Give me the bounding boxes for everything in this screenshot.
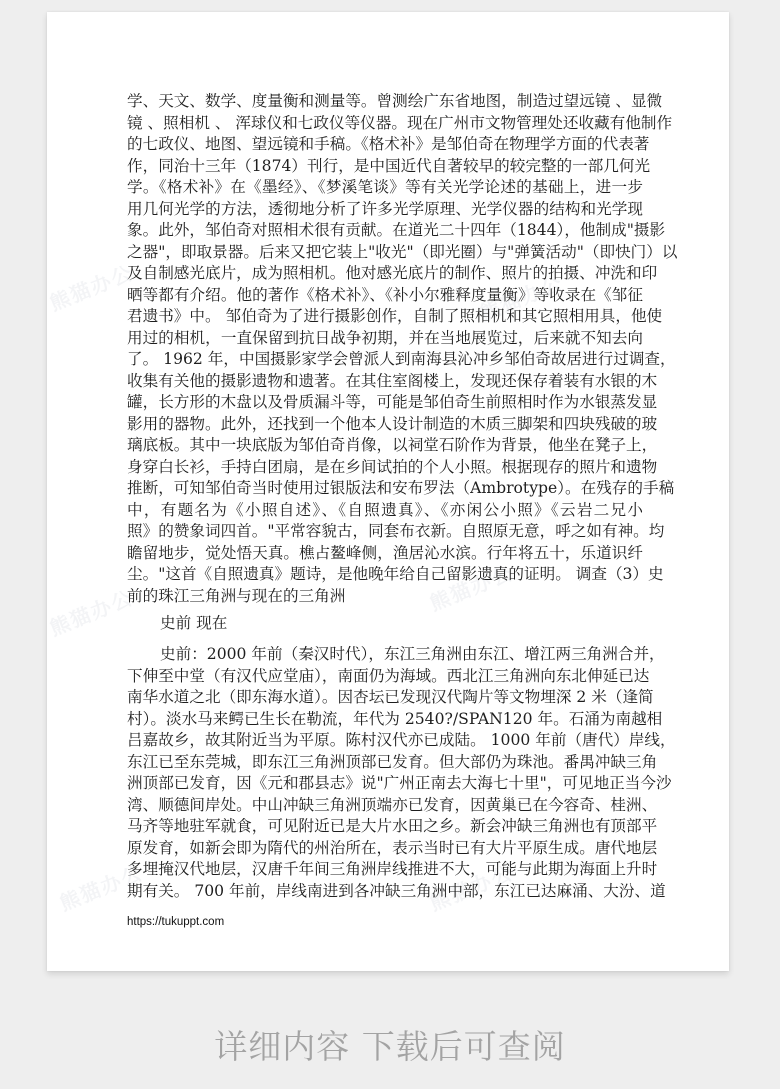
paragraph-zou-boqi: 学、天文、数学、度量衡和测量等。曾测绘广东省地图，制造过望远镜 、显微 镜 、照… [127, 91, 643, 607]
text-line: 镜 、照相机 、 浑球仪和七政仪等仪器。现在广州市文物管理处还收藏有他制作 [127, 113, 643, 135]
watermark: 熊猫办公 [47, 257, 137, 317]
text-line: 作，同治十三年（1874）刊行，是中国近代自著较早的较完整的一部几何光 [127, 156, 643, 178]
text-line: 原发育，如新会即为隋代的州治所在，表示当时已有大片平原生成。唐代地层 [127, 838, 643, 860]
text-line: 学、天文、数学、度量衡和测量等。曾测绘广东省地图，制造过望远镜 、显微 [127, 91, 643, 113]
text-line: 影用的器物。此外，还找到一个他本人设计制造的木质三脚架和四块残破的玻 [127, 414, 643, 436]
text-line: 罐，长方形的木盘以及骨质漏斗等，可能是邹伯奇生前照相时作为水银蒸发显 [127, 392, 643, 414]
text-line: 中，有题名为《小照自述》、《自照遗真》、《亦闲公小照》《云岩二兄小 [127, 500, 643, 522]
text-line: 洲顶部已发育，因《元和郡县志》说"广州正南去大海七十里"，可见地正当今沙 [127, 773, 643, 795]
text-line: 前的珠江三角洲与现在的三角洲 [127, 586, 643, 608]
text-line: 用过的相机，一直保留到抗日战争初期，并在当地展览过，后来就不知去向 [127, 328, 643, 350]
text-line: 史前：2000 年前（秦汉时代），东江三角洲由东江、增江两三角洲合并， [127, 644, 643, 666]
text-line: 了。 1962 年，中国摄影家学会曾派人到南海县沁冲乡邹伯奇故居进行过调查， [127, 349, 643, 371]
footer-url: https://tukuppt.com [127, 916, 224, 928]
text-line: 村）。淡水马来鳄已生长在勒流，年代为 2540?/SPAN120 年。石涌为南越… [127, 709, 643, 731]
text-line: 马齐等地驻军就食，可见附近已是大片水田之乡。新会冲缺三角洲也有顶部平 [127, 816, 643, 838]
text-line: 瞻留地步，觉处悟天真。樵占鳌峰侧，渔居沁水滨。行年将五十，乐道识纤 [127, 543, 643, 565]
text-line: 及自制感光底片，成为照相机。他对感光底片的制作、照片的拍摄、冲洗和印 [127, 263, 643, 285]
text-line: 东江已至东莞城，即东江三角洲顶部已发育。但大部仍为珠池。番禺冲缺三角 [127, 752, 643, 774]
text-line: 期有关。 700 年前，岸线南进到各冲缺三角洲中部，东江已达麻涌、大汾、道 [127, 881, 643, 903]
section-heading: 史前 现在 [160, 613, 227, 634]
text-line: 学。《格术补》在《墨经》、《梦溪笔谈》等有关光学论述的基础上，进一步 [127, 177, 643, 199]
text-line: 湾、顺德间岸处。中山冲缺三角洲顶端亦已发育，因黄巢已在今容奇、桂洲、 [127, 795, 643, 817]
text-line: 南华水道之北（即东海水道）。因杏坛已发现汉代陶片等文物埋深 2 米（逢简 [127, 687, 643, 709]
text-line: 象。此外，邹伯奇对照相术很有贡献。在道光二十四年（1844），他制成"摄影 [127, 220, 643, 242]
text-line: 收集有关他的摄影遗物和遗著。在其住室阁楼上，发现还保存着装有水银的木 [127, 371, 643, 393]
document-page: 熊猫办公 熊猫办公 熊猫办公 熊猫办公 熊猫办公 熊猫办公 学、天文、数学、度量… [47, 12, 729, 971]
text-line: 君遗书》中。 邹伯奇为了进行摄影创作，自制了照相机和其它照相用具，他使 [127, 306, 643, 328]
text-line: 下伸至中堂（有汉代应堂庙），南面仍为海域。西北江三角洲向东北伸延已达 [127, 666, 643, 688]
watermark: 熊猫办公 [47, 582, 137, 642]
text-line: 身穿白长衫，手持白团扇，是在乡间试拍的个人小照。根据现存的照片和遗物 [127, 457, 643, 479]
text-line: 的七政仪、地图、望远镜和手稿。《格术补》是邹伯奇在物理学方面的代表著 [127, 134, 643, 156]
text-line: 吕嘉故乡，故其附近当为平原。陈村汉代亦已成陆。 1000 年前（唐代）岸线， [127, 730, 643, 752]
text-line: 之器"，即取景器。后来又把它装上"收光"（即光圈）与"弹簧活动"（即快门）以 [127, 242, 643, 264]
text-line: 推断，可知邹伯奇当时使用过银版法和安布罗法（Ambrotype）。在残存的手稿 [127, 478, 643, 500]
text-line: 照》的赞象词四首。"平常容貌古，同套布衣新。自照原无意，呼之如有神。均 [127, 521, 643, 543]
download-notice: 详细内容 下载后可查阅 [0, 1021, 780, 1068]
text-line: 尘。"这首《自照遗真》题诗，是他晚年给自己留影遗真的证明。 调查（3）史 [127, 564, 643, 586]
text-line: 用几何光学的方法，透彻地分析了许多光学原理、光学仪器的结构和光学现 [127, 199, 643, 221]
text-line: 璃底板。其中一块底版为邹伯奇肖像，以祠堂石阶作为背景，他坐在凳子上， [127, 435, 643, 457]
text-line: 多埋掩汉代地层，汉唐千年间三角洲岸线推进不大，可能与此期为海面上升时 [127, 859, 643, 881]
paragraph-prehistoric-delta: 史前：2000 年前（秦汉时代），东江三角洲由东江、增江两三角洲合并， 下伸至中… [127, 644, 643, 902]
text-line: 晒等都有介绍。他的著作《格术补》、《补小尔雅释度量衡》等收录在《邹征 [127, 285, 643, 307]
